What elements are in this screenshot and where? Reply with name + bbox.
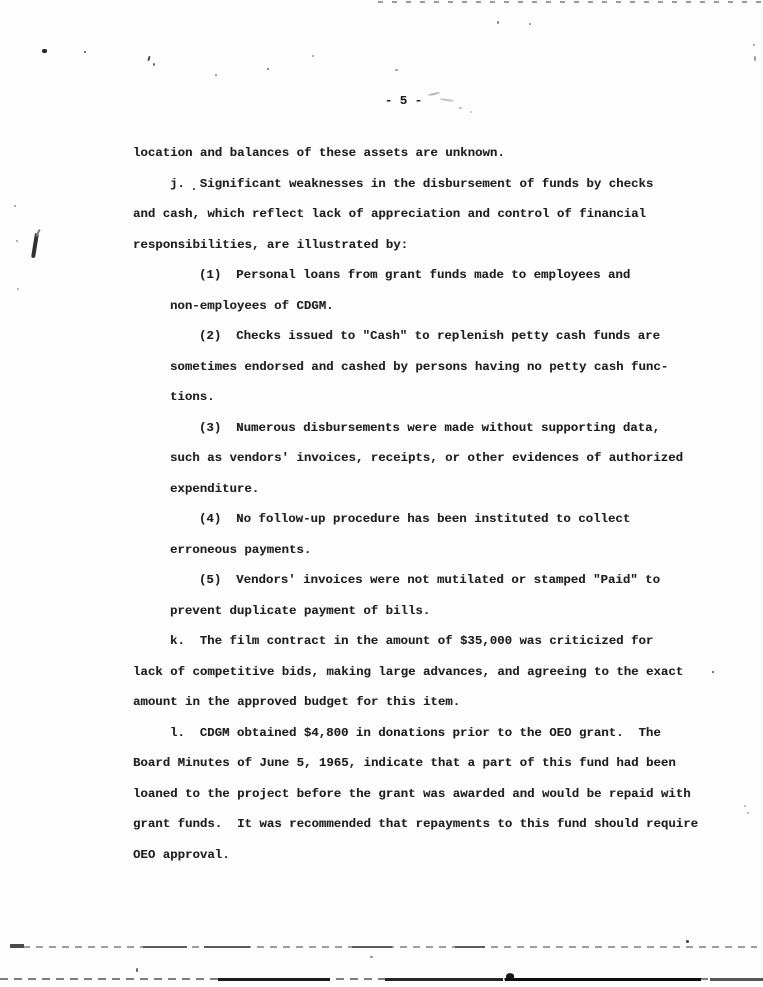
document-line: k. The film contract in the amount of $3… [133,626,733,657]
scan-artifact-dark-segment [218,978,330,981]
document-line: (1) Personal loans from grant funds made… [133,260,733,291]
document-line: loaned to the project before the grant w… [133,779,733,810]
document-line: l. CDGM obtained $4,800 in donations pri… [133,718,733,749]
scanned-page: { "colors": { "ink": "#1f1f1f", "paper":… [0,0,763,987]
document-line: sometimes endorsed and cashed by persons… [133,352,733,383]
scan-speck [312,55,314,57]
scan-speck [497,21,499,24]
paper-background: - 5 - location and balances of these ass… [0,0,763,987]
scan-speck [753,44,755,46]
page-number: - 5 - [0,94,763,108]
scan-artifact-dark-segment [710,978,763,981]
scan-artifact-dark-segment [455,946,485,948]
document-line: (3) Numerous disbursements were made wit… [133,413,733,444]
scan-artifact-dash-head [10,944,24,948]
scan-artifact-margin-pen-mark [31,233,39,258]
document-line: tions. [133,382,733,413]
document-line: (4) No follow-up procedure has been inst… [133,504,733,535]
scan-artifact-dark-segment [352,946,392,948]
document-line: expenditure. [133,474,733,505]
scan-speck [686,940,689,943]
document-text: location and balances of these assets ar… [133,138,733,870]
document-line: non-employees of CDGM. [133,291,733,322]
document-line: responsibilities, are illustrated by: [133,230,733,261]
document-line: amount in the approved budget for this i… [133,687,733,718]
scan-artifact-dark-segment [143,946,187,948]
scan-artifact-dark-segment [204,946,250,948]
document-line: j. Significant weaknesses in the disburs… [133,169,733,200]
scan-speck [754,56,756,61]
scan-speck [747,812,749,814]
document-line: erroneous payments. [133,535,733,566]
scan-artifact-dark-segment [505,978,701,981]
document-line: location and balances of these assets ar… [133,138,733,169]
document-line: lack of competitive bids, making large a… [133,657,733,688]
scan-speck [470,111,472,113]
scan-speck [84,51,86,53]
scan-speck [16,240,18,242]
document-line: and cash, which reflect lack of apprecia… [133,199,733,230]
scan-speck [395,69,398,71]
scan-artifact-dark-segment [385,978,503,981]
document-line: (5) Vendors' invoices were not mutilated… [133,565,733,596]
scan-speck [215,74,217,76]
scan-speck [267,68,269,70]
scan-speck [42,49,47,53]
scan-artifact-top-dashed-edge [378,1,763,3]
scan-speck [153,63,155,66]
document-line: such as vendors' invoices, receipts, or … [133,443,733,474]
scan-speck [14,205,16,207]
document-line: OEO approval. [133,840,733,871]
document-line: grant funds. It was recommended that rep… [133,809,733,840]
scan-speck [529,23,531,25]
scan-speck [744,805,746,807]
scan-speck [193,188,195,190]
scan-speck [147,56,150,61]
document-line: prevent duplicate payment of bills. [133,596,733,627]
scan-speck [17,288,19,290]
scan-speck [712,671,714,673]
scan-speck [459,107,462,109]
document-line: (2) Checks issued to "Cash" to replenish… [133,321,733,352]
scan-speck [370,956,373,958]
scan-speck [136,968,138,972]
document-line: Board Minutes of June 5, 1965, indicate … [133,748,733,779]
